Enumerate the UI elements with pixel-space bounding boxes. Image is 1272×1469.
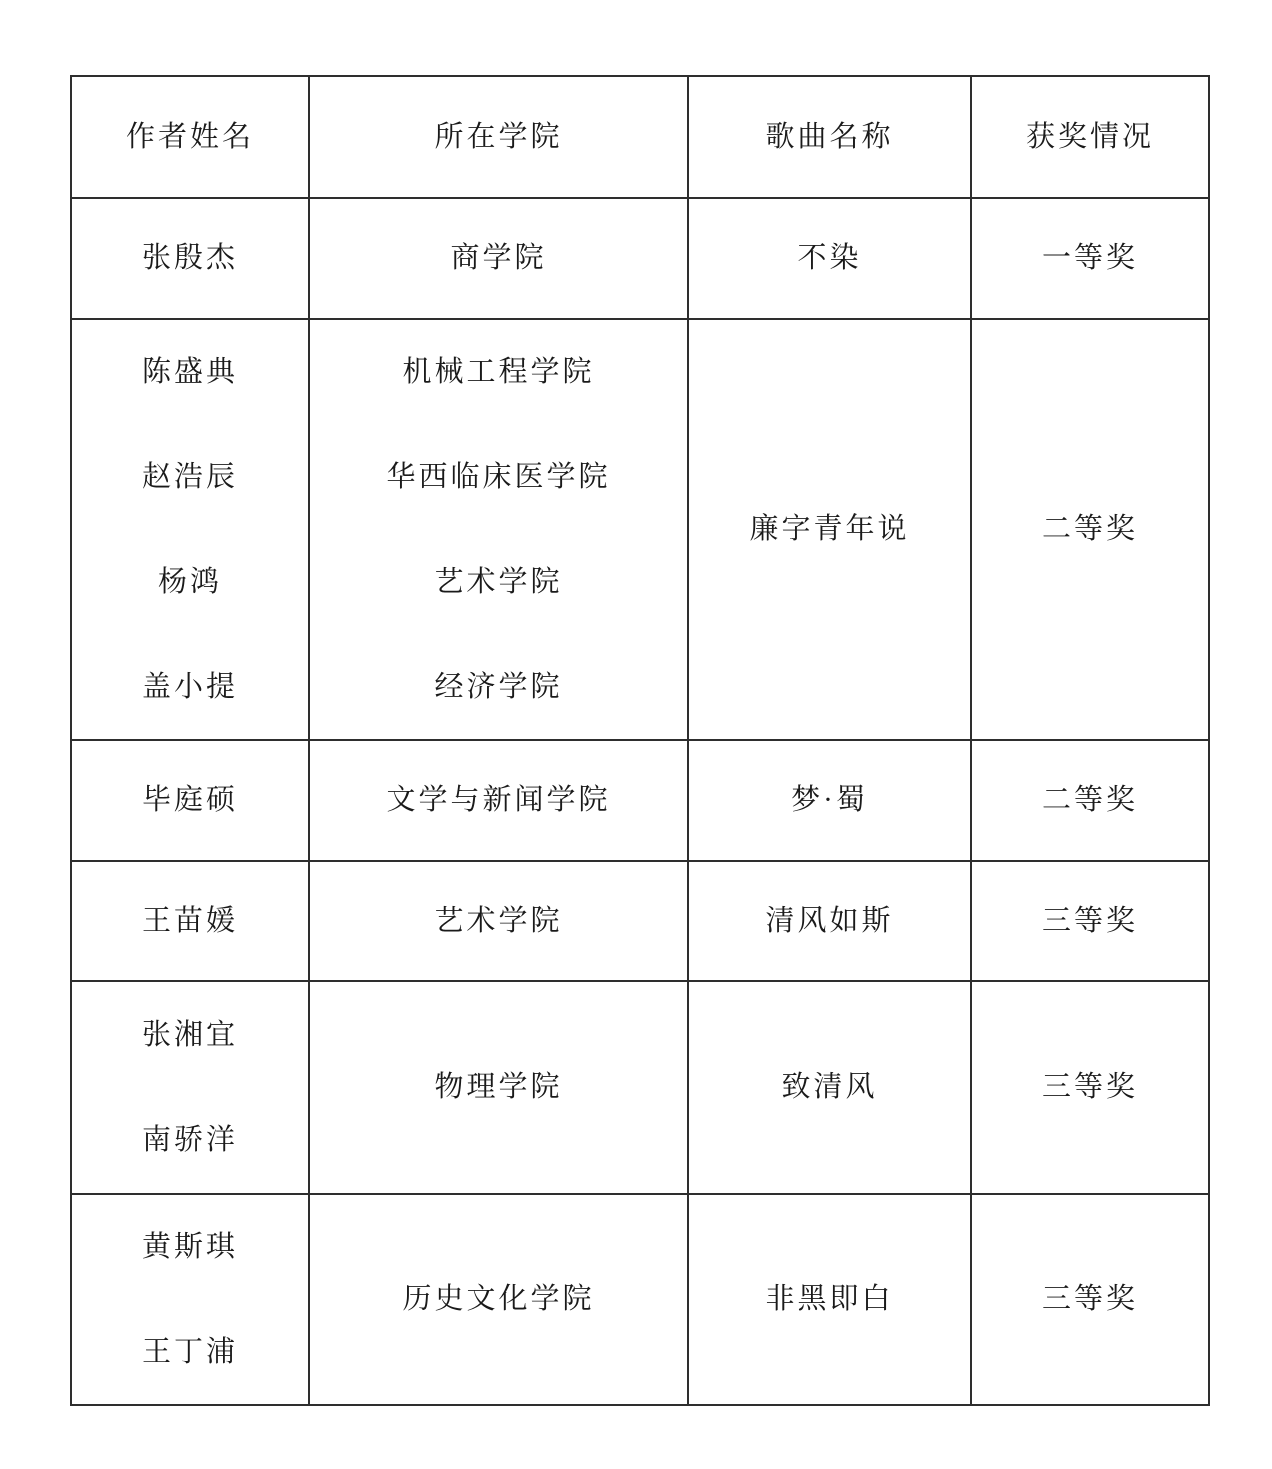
- college-name: 商学院: [450, 242, 546, 274]
- table-row: 王苗媛 艺术学院 清风如斯 三等奖: [71, 861, 1209, 981]
- college-name: 经济学院: [434, 669, 562, 705]
- cell-authors: 张湘宜 南骄洋: [71, 981, 309, 1194]
- cell-award: 二等奖: [971, 319, 1209, 740]
- table-row: 张湘宜 南骄洋 物理学院 致清风 三等奖: [71, 981, 1209, 1194]
- table-row: 陈盛典 赵浩辰 杨鸿 盖小提 机械工程学院 华西临床医学院 艺术学院 经济学院 …: [71, 319, 1209, 740]
- song-name: 非黑即白: [765, 1283, 893, 1315]
- author-name: 赵浩辰: [142, 459, 238, 495]
- author-name: 张殷杰: [142, 242, 238, 274]
- cell-song: 致清风: [688, 981, 971, 1194]
- author-name: 盖小提: [142, 669, 238, 705]
- award-level: 三等奖: [1042, 905, 1138, 937]
- song-name: 梦·蜀: [791, 784, 868, 816]
- college-name: 艺术学院: [434, 905, 562, 937]
- college-name: 文学与新闻学院: [386, 784, 610, 816]
- college-name: 历史文化学院: [402, 1283, 594, 1315]
- award-level: 三等奖: [1042, 1283, 1138, 1315]
- author-name: 陈盛典: [142, 354, 238, 390]
- song-name: 清风如斯: [765, 905, 893, 937]
- author-name: 南骄洋: [142, 1122, 238, 1158]
- cell-song: 清风如斯: [688, 861, 971, 981]
- cell-song: 廉字青年说: [688, 319, 971, 740]
- document-page: 作者姓名 所在学院 歌曲名称 获奖情况 张殷杰 商学院 不染 一等奖 陈盛典 赵…: [0, 0, 1272, 1469]
- header-award-status-label: 获奖情况: [1026, 121, 1154, 153]
- cell-authors: 毕庭硕: [71, 740, 309, 861]
- header-college: 所在学院: [309, 76, 688, 198]
- award-level: 一等奖: [1042, 242, 1138, 274]
- cell-award: 一等奖: [971, 198, 1209, 319]
- header-row: 作者姓名 所在学院 歌曲名称 获奖情况: [71, 76, 1209, 198]
- header-college-label: 所在学院: [434, 121, 562, 153]
- cell-award: 二等奖: [971, 740, 1209, 861]
- award-level: 二等奖: [1042, 784, 1138, 816]
- header-author-name-label: 作者姓名: [126, 121, 254, 153]
- cell-song: 非黑即白: [688, 1194, 971, 1405]
- author-name: 王丁浦: [142, 1334, 238, 1370]
- song-name: 不染: [797, 242, 861, 274]
- song-name: 廉字青年说: [749, 513, 909, 545]
- cell-colleges: 商学院: [309, 198, 688, 319]
- author-name: 杨鸿: [158, 564, 222, 600]
- author-name: 王苗媛: [142, 905, 238, 937]
- author-name-stack: 陈盛典 赵浩辰 杨鸿 盖小提: [72, 320, 308, 739]
- college-name: 机械工程学院: [402, 354, 594, 390]
- college-name: 华西临床医学院: [386, 459, 610, 495]
- cell-colleges: 历史文化学院: [309, 1194, 688, 1405]
- author-name: 黄斯琪: [142, 1229, 238, 1265]
- college-name: 物理学院: [434, 1071, 562, 1103]
- awards-table: 作者姓名 所在学院 歌曲名称 获奖情况 张殷杰 商学院 不染 一等奖 陈盛典 赵…: [70, 75, 1210, 1406]
- table-row: 黄斯琪 王丁浦 历史文化学院 非黑即白 三等奖: [71, 1194, 1209, 1405]
- header-song-title: 歌曲名称: [688, 76, 971, 198]
- header-award-status: 获奖情况: [971, 76, 1209, 198]
- college-name: 艺术学院: [434, 564, 562, 600]
- cell-colleges: 文学与新闻学院: [309, 740, 688, 861]
- award-level: 三等奖: [1042, 1071, 1138, 1103]
- author-name: 毕庭硕: [142, 784, 238, 816]
- table-row: 毕庭硕 文学与新闻学院 梦·蜀 二等奖: [71, 740, 1209, 861]
- header-author-name: 作者姓名: [71, 76, 309, 198]
- cell-colleges: 物理学院: [309, 981, 688, 1194]
- song-name: 致清风: [781, 1071, 877, 1103]
- award-level: 二等奖: [1042, 513, 1138, 545]
- cell-authors: 黄斯琪 王丁浦: [71, 1194, 309, 1405]
- author-name: 张湘宜: [142, 1017, 238, 1053]
- cell-colleges: 艺术学院: [309, 861, 688, 981]
- cell-colleges: 机械工程学院 华西临床医学院 艺术学院 经济学院: [309, 319, 688, 740]
- college-name-stack: 机械工程学院 华西临床医学院 艺术学院 经济学院: [310, 320, 687, 739]
- cell-award: 三等奖: [971, 1194, 1209, 1405]
- author-name-stack: 张湘宜 南骄洋: [72, 982, 308, 1193]
- cell-award: 三等奖: [971, 981, 1209, 1194]
- table-row: 张殷杰 商学院 不染 一等奖: [71, 198, 1209, 319]
- cell-authors: 王苗媛: [71, 861, 309, 981]
- cell-song: 梦·蜀: [688, 740, 971, 861]
- author-name-stack: 黄斯琪 王丁浦: [72, 1195, 308, 1404]
- cell-award: 三等奖: [971, 861, 1209, 981]
- header-song-title-label: 歌曲名称: [765, 121, 893, 153]
- cell-authors: 张殷杰: [71, 198, 309, 319]
- cell-song: 不染: [688, 198, 971, 319]
- cell-authors: 陈盛典 赵浩辰 杨鸿 盖小提: [71, 319, 309, 740]
